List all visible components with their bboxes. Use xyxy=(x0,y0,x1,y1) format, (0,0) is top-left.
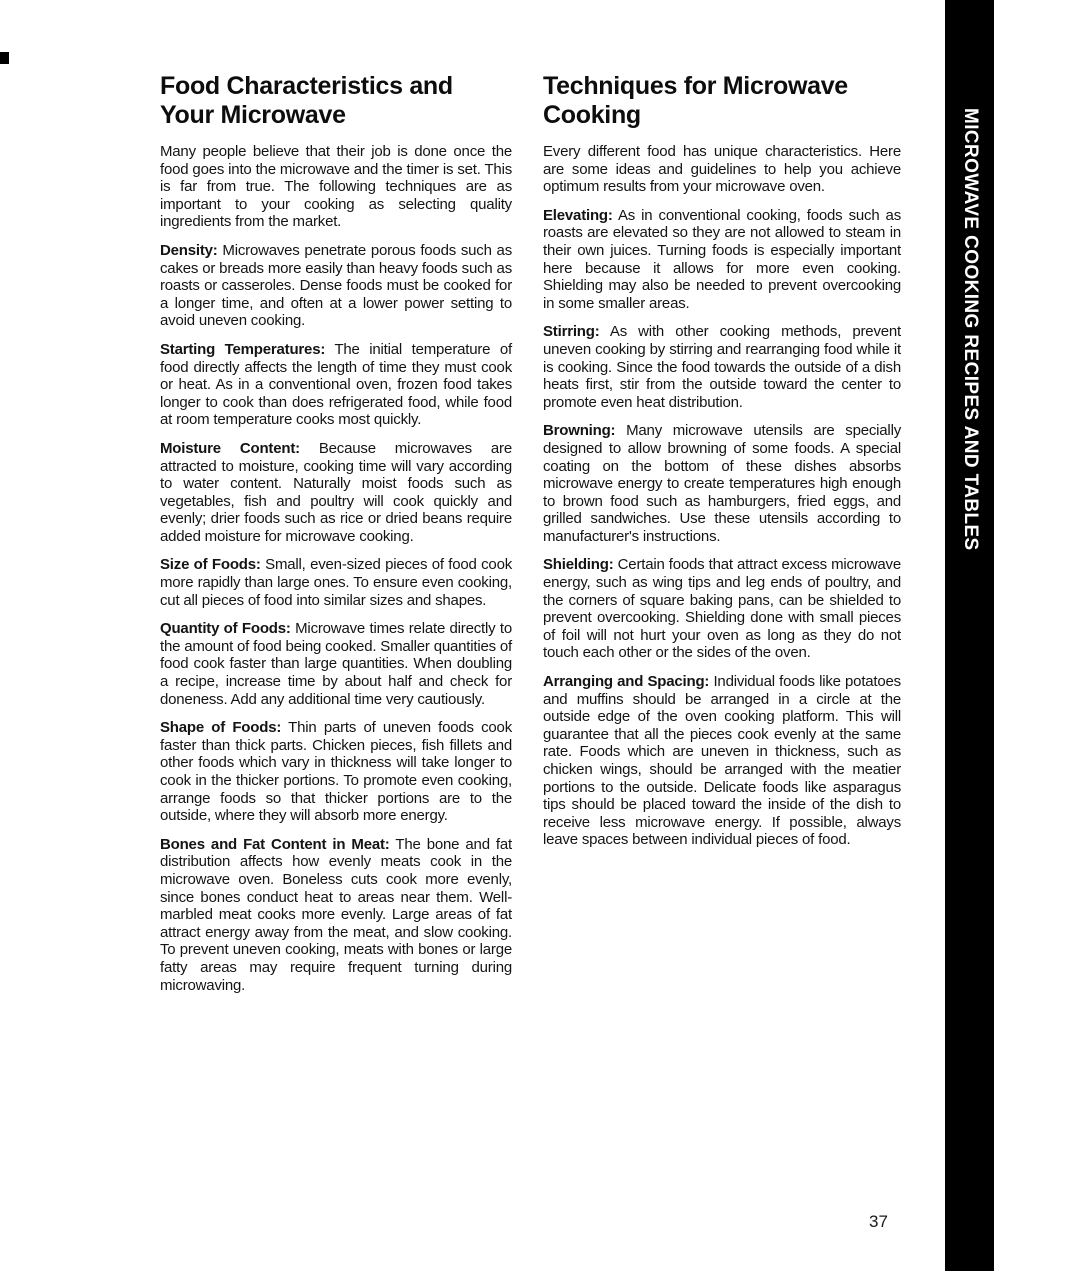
paragraph-density: Density: Microwaves penetrate porous foo… xyxy=(160,242,512,330)
paragraph-label: Browning: xyxy=(543,422,615,439)
paragraph-label: Arranging and Spacing: xyxy=(543,673,709,690)
paragraph-label: Starting Temperatures: xyxy=(160,341,325,358)
paragraph-text: Many microwave utensils are specially de… xyxy=(543,422,901,545)
page-number: 37 xyxy=(869,1212,888,1232)
paragraph-stirring: Stirring: As with other cooking methods,… xyxy=(543,323,901,411)
paragraph-text: Every different food has unique characte… xyxy=(543,143,901,195)
paragraph-label: Stirring: xyxy=(543,323,600,340)
paragraph-starting-temperatures: Starting Temperatures: The initial tempe… xyxy=(160,341,512,429)
paragraph-elevating: Elevating: As in conventional cooking, f… xyxy=(543,207,901,313)
paragraph-intro-left: Many people believe that their job is do… xyxy=(160,143,512,231)
paragraph-label: Shape of Foods: xyxy=(160,719,281,736)
paragraph-label: Bones and Fat Content in Meat: xyxy=(160,836,390,853)
paragraph-intro-right: Every different food has unique characte… xyxy=(543,143,901,196)
paragraph-text: Many people believe that their job is do… xyxy=(160,143,512,230)
chapter-tab-bar: MICROWAVE COOKING RECIPES AND TABLES xyxy=(945,0,994,1271)
paragraph-arranging-and-spacing: Arranging and Spacing: Individual foods … xyxy=(543,673,901,849)
paragraph-label: Shielding: xyxy=(543,556,614,573)
paragraph-quantity-of-foods: Quantity of Foods: Microwave times relat… xyxy=(160,620,512,708)
paragraph-label: Moisture Content: xyxy=(160,440,300,457)
paragraph-moisture-content: Moisture Content: Because microwaves are… xyxy=(160,440,512,546)
paragraph-label: Size of Foods: xyxy=(160,556,261,573)
right-column: Techniques for Microwave Cooking Every d… xyxy=(543,72,901,860)
section-heading-techniques: Techniques for Microwave Cooking xyxy=(543,72,901,130)
paragraph-text: The bone and fat distribution affects ho… xyxy=(160,836,512,994)
paragraph-browning: Browning: Many microwave utensils are sp… xyxy=(543,422,901,545)
chapter-tab-label: MICROWAVE COOKING RECIPES AND TABLES xyxy=(959,108,981,551)
paragraph-text: Individual foods like potatoes and muffi… xyxy=(543,673,901,848)
paragraph-label: Density: xyxy=(160,242,218,259)
paragraph-label: Quantity of Foods: xyxy=(160,620,291,637)
paragraph-label: Elevating: xyxy=(543,207,613,224)
section-heading-food-characteristics: Food Characteristics and Your Microwave xyxy=(160,72,512,130)
paragraph-shielding: Shielding: Certain foods that attract ex… xyxy=(543,556,901,662)
paragraph-size-of-foods: Size of Foods: Small, even-sized pieces … xyxy=(160,556,512,609)
scan-artifact-mark xyxy=(0,52,9,64)
paragraph-bones-and-fat: Bones and Fat Content in Meat: The bone … xyxy=(160,836,512,994)
paragraph-shape-of-foods: Shape of Foods: Thin parts of uneven foo… xyxy=(160,719,512,825)
left-column: Food Characteristics and Your Microwave … xyxy=(160,72,512,1005)
